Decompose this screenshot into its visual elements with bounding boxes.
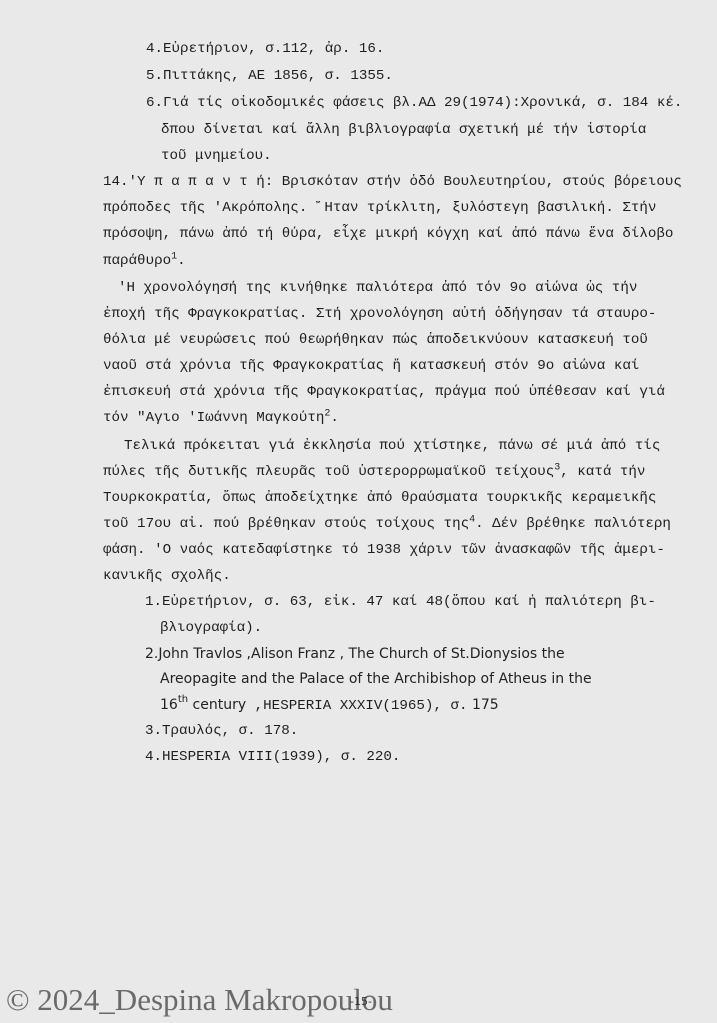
footnote-2-line-3: 16th century ,HESPERIA XXXIV(1965), σ. 1… bbox=[160, 696, 499, 715]
punct: . bbox=[177, 253, 186, 269]
footnote-1-line-1: 1.Εὑρετήριον, σ. 63, εἰκ. 47 καί 48(ὅπου… bbox=[145, 593, 656, 611]
para-3-line-3: Τουρκοκρατία, ὅπως ἀποδείχτηκε ἀπό θραύσ… bbox=[103, 489, 656, 507]
punct: . bbox=[330, 410, 339, 426]
note-6-line-2: δπου δίνεται καί ἄλλη βιβλιογραφία σχετι… bbox=[161, 121, 646, 139]
note-5: 5.Πιττάκης, ΑΕ 1856, σ. 1355. bbox=[146, 67, 393, 85]
para-3-text: , κατά τήν bbox=[560, 464, 645, 480]
note-4: 4.Εὑρετήριον, σ.112, ἀρ. 16. bbox=[146, 40, 384, 58]
para-3-text: . Δέν βρέθηκε παλιότερη bbox=[475, 516, 671, 532]
footnote-2-line-1: 2.John Travlos ,Alison Franz , The Churc… bbox=[145, 645, 565, 663]
para-3-line-5: φάση. 'Ο ναός κατεδαφίστηκε τό 1938 χάρι… bbox=[103, 541, 665, 559]
para-2-line-4: ναοῦ στά χρόνια τῆς Φραγκοκρατίας ἤ κατα… bbox=[103, 357, 639, 375]
para-3-text: τοῦ 17ου αἰ. πού βρέθηκαν στούς τοίχους … bbox=[103, 516, 469, 532]
para-3-line-1: Τελικά πρόκειται γιά ἐκκλησία πού χτίστη… bbox=[124, 437, 660, 455]
entry-14-line-2: πρόποδες τῆς 'Ακρόπολης. ῎Ηταν τρίκλιτη,… bbox=[103, 199, 656, 217]
footnote-1-line-2: βλιογραφία). bbox=[160, 619, 262, 637]
para-2-line-2: ἐποχή τῆς Φραγκοκρατίας. Στή χρονολόγηση… bbox=[103, 305, 656, 323]
document-page: 4.Εὑρετήριον, σ.112, ἀρ. 16. 5.Πιττάκης,… bbox=[0, 0, 717, 1023]
typed-text: ,HESPERIA XXXIV(1965), σ. bbox=[246, 698, 467, 714]
para-2-line-5: ἐπισκευή στά χρόνια τῆς Φραγκοκρατίας, π… bbox=[103, 383, 665, 401]
entry-14-line-1: 14.'Υ π α π α ν τ ή: Βρισκόταν στήν ὁδό … bbox=[103, 173, 682, 191]
footnote-4: 4.HESPERIA VIII(1939), σ. 220. bbox=[145, 748, 400, 766]
para-2-line-6: τόν "Αγιο 'Ιωάννη Μαγκούτη2. bbox=[103, 409, 339, 427]
entry-14-line-3: πρόσοψη, πάνω ἀπό τή θύρα, εἶχε μικρή κό… bbox=[103, 225, 673, 243]
handwritten-page: 175 bbox=[468, 697, 499, 713]
para-3-line-4: τοῦ 17ου αἰ. πού βρέθηκαν στούς τοίχους … bbox=[103, 515, 671, 533]
para-2-line-1: 'Η χρονολόγησή της κινήθηκε παλιότερα ἀπ… bbox=[118, 279, 637, 297]
handwritten-text: century bbox=[188, 697, 246, 713]
para-3-text: πύλες τῆς δυτικῆς πλευρᾶς τοῦ ὑστερορρωμ… bbox=[103, 464, 554, 480]
handwritten-sup: th bbox=[178, 694, 188, 705]
footnote-3: 3.Τραυλός, σ. 178. bbox=[145, 722, 298, 740]
entry-14-text: παράθυρο bbox=[103, 253, 171, 269]
para-2-text: τόν "Αγιο 'Ιωάννη Μαγκούτη bbox=[103, 410, 324, 426]
copyright-watermark: © 2024_Despina Makropoulou bbox=[6, 982, 393, 1018]
para-3-line-2: πύλες τῆς δυτικῆς πλευρᾶς τοῦ ὑστερορρωμ… bbox=[103, 463, 645, 481]
footnote-2-line-2: Areopagite and the Palace of the Archibi… bbox=[160, 670, 592, 688]
para-3-line-6: κανικῆς σχολῆς. bbox=[103, 567, 231, 585]
entry-14-line-4: παράθυρο1. bbox=[103, 252, 186, 270]
note-6-line-3: τοῦ μνημείου. bbox=[161, 147, 272, 165]
note-6-line-1: 6.Γιά τίς οἰκοδομικές φάσεις βλ.ΑΔ 29(19… bbox=[146, 94, 682, 112]
para-2-line-3: θόλια μέ νευρώσεις πού θεωρήθηκαν πώς ἀπ… bbox=[103, 331, 648, 349]
page-number: -15- bbox=[350, 995, 372, 1008]
handwritten-text: 16 bbox=[160, 697, 178, 713]
